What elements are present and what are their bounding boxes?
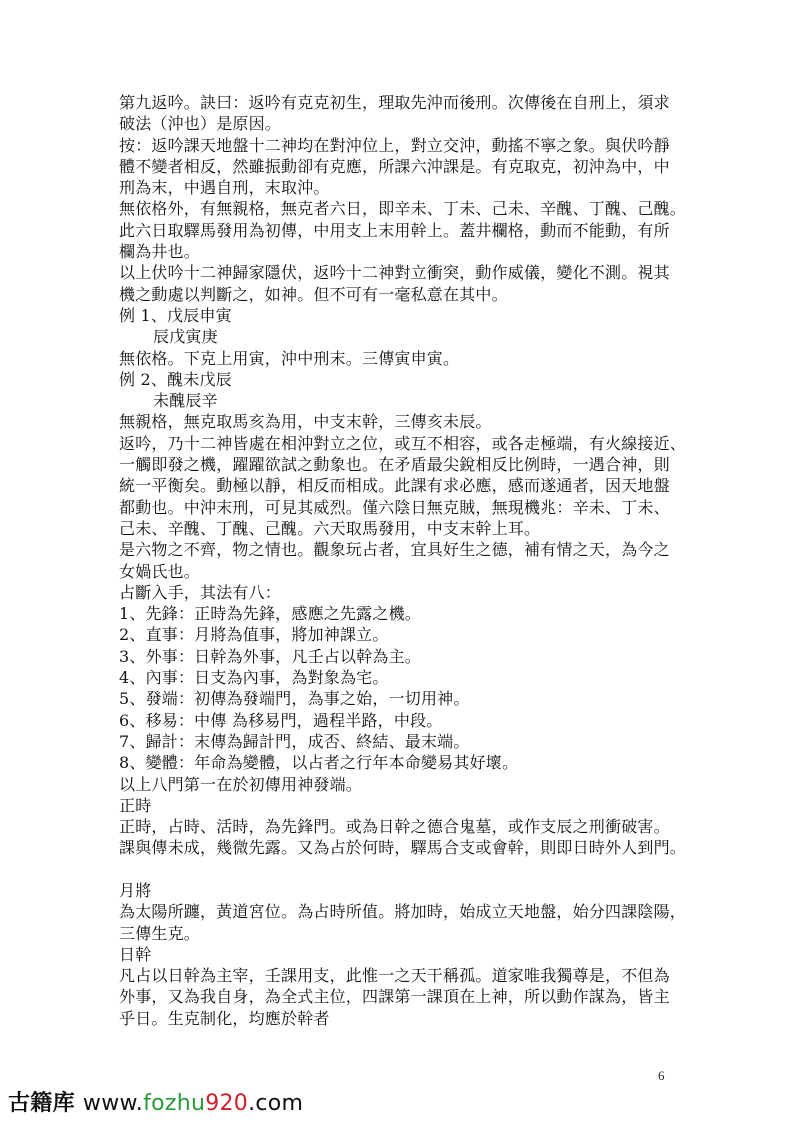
watermark-url-green: fozhu <box>143 1091 205 1116</box>
text-line: 凡占以日幹為主宰，壬課用支，此惟一之天干稱孤。道家唯我獨尊是，不但為 <box>119 965 699 986</box>
text-line: 為太陽所躔，黃道宮位。為占時所值。將加時，始成立天地盤，始分四課陰陽， <box>119 901 699 922</box>
text-line: 欄為井也。 <box>119 241 699 262</box>
blank-line <box>119 859 699 880</box>
text-line: 以上伏吟十二神歸家隱伏，返吟十二神對立衝突，動作威儀，變化不測。視其 <box>119 262 699 283</box>
text-line: 8、變體：年命為變體，以占者之行年本命變易其好壞。 <box>119 752 699 773</box>
text-line: 一觸即發之機，躍躍欲試之動象也。在矛盾最尖銳相反比例時，一遇合神，則 <box>119 454 699 475</box>
watermark-url-prefix: www. <box>83 1091 143 1116</box>
text-line: 三傳生克。 <box>119 923 699 944</box>
text-line: 1、先鋒：正時為先鋒，感應之先露之機。 <box>119 603 699 624</box>
text-line: 都動也。中沖末刑，可見其威烈。僅六陰日無克賊，無現機兆：辛未、丁未、 <box>119 497 699 518</box>
text-line: 機之動處以判斷之，如神。但不可有一毫私意在其中。 <box>119 284 699 305</box>
text-line: 7、歸計：末傳為歸計門，成否、終結、最末端。 <box>119 731 699 752</box>
text-line: 乎日。生克制化，均應於幹者 <box>119 1008 699 1029</box>
text-line: 女媧氏也。 <box>119 561 699 582</box>
text-line: 按：返吟課天地盤十二神均在對沖位上，對立交沖，動搖不寧之象。與伏吟靜 <box>119 135 699 156</box>
watermark-url-suffix: .com <box>248 1091 303 1116</box>
text-line: 日幹 <box>119 944 699 965</box>
text-line: 己未、辛醜、丁醜、己醜。六天取馬發用，中支末幹上耳。 <box>119 518 699 539</box>
text-line: 刑為末，中遇自刑，末取沖。 <box>119 177 699 198</box>
site-watermark: 古籍库www.fozhu920.com <box>8 1086 303 1117</box>
text-line: 2、直事：月將為值事，將加神課立。 <box>119 624 699 645</box>
document-body: 第九返吟。訣曰：返吟有克克初生，理取先沖而後刑。次傳後在自刑上，須求破法（沖也）… <box>119 92 699 1029</box>
text-line: 無依格。下克上用寅，沖中刑末。三傳寅申寅。 <box>119 348 699 369</box>
text-line: 月將 <box>119 880 699 901</box>
text-line: 第九返吟。訣曰：返吟有克克初生，理取先沖而後刑。次傳後在自刑上，須求 <box>119 92 699 113</box>
text-line: 3、外事：日幹為外事，凡壬占以幹為主。 <box>119 646 699 667</box>
text-line: 辰戊寅庚 <box>119 326 699 347</box>
text-line: 以上八門第一在於初傳用神發端。 <box>119 774 699 795</box>
text-line: 正時，占時、活時，為先鋒門。或為日幹之德合鬼墓，或作支辰之刑衝破害。 <box>119 816 699 837</box>
text-line: 統一平衡矣。動極以靜，相反而相成。此課有求必應，感而遂通者，因天地盤 <box>119 475 699 496</box>
text-line: 6、移易：中傳 為移易門，過程半路，中段。 <box>119 710 699 731</box>
text-line: 破法（沖也）是原因。 <box>119 113 699 134</box>
text-line: 外事，又為我自身，為全式主位，四課第一課頂在上神，所以動作謀為，皆主 <box>119 986 699 1007</box>
text-line: 體不變者相反，然雖振動卻有克應，所課六沖課是。有克取克，初沖為中，中 <box>119 156 699 177</box>
page-number: 6 <box>658 1068 665 1084</box>
watermark-site-name: 古籍库 <box>8 1091 75 1116</box>
text-line: 無依格外，有無親格，無克者六日，即辛未、丁未、己未、辛醜、丁醜、己醜。 <box>119 198 699 219</box>
text-line: 是六物之不齊，物之情也。觀象玩占者，宜具好生之德，補有情之天，為今之 <box>119 539 699 560</box>
text-line: 例 2、醜未戊辰 <box>119 369 699 390</box>
text-line: 例 1、戊辰申寅 <box>119 305 699 326</box>
text-line: 課與傳未成，幾微先露。又為占於何時，驛馬合支或會幹，則即日時外人到門。 <box>119 837 699 858</box>
text-line: 未醜辰辛 <box>119 390 699 411</box>
text-line: 5、發端：初傳為發端門，為事之始，一切用神。 <box>119 688 699 709</box>
text-line: 4、內事：日支為內事，為對象為宅。 <box>119 667 699 688</box>
text-line: 正時 <box>119 795 699 816</box>
text-line: 此六日取驛馬發用為初傳，中用支上末用幹上。蓋井欄格，動而不能動，有所 <box>119 220 699 241</box>
text-line: 無親格，無克取馬亥為用，中支末幹，三傳亥未辰。 <box>119 411 699 432</box>
watermark-url-red: 920 <box>205 1091 248 1116</box>
text-line: 返吟，乃十二神皆處在相沖對立之位，或互不相容，或各走極端，有火線接近、 <box>119 433 699 454</box>
text-line: 占斷入手，其法有八： <box>119 582 699 603</box>
